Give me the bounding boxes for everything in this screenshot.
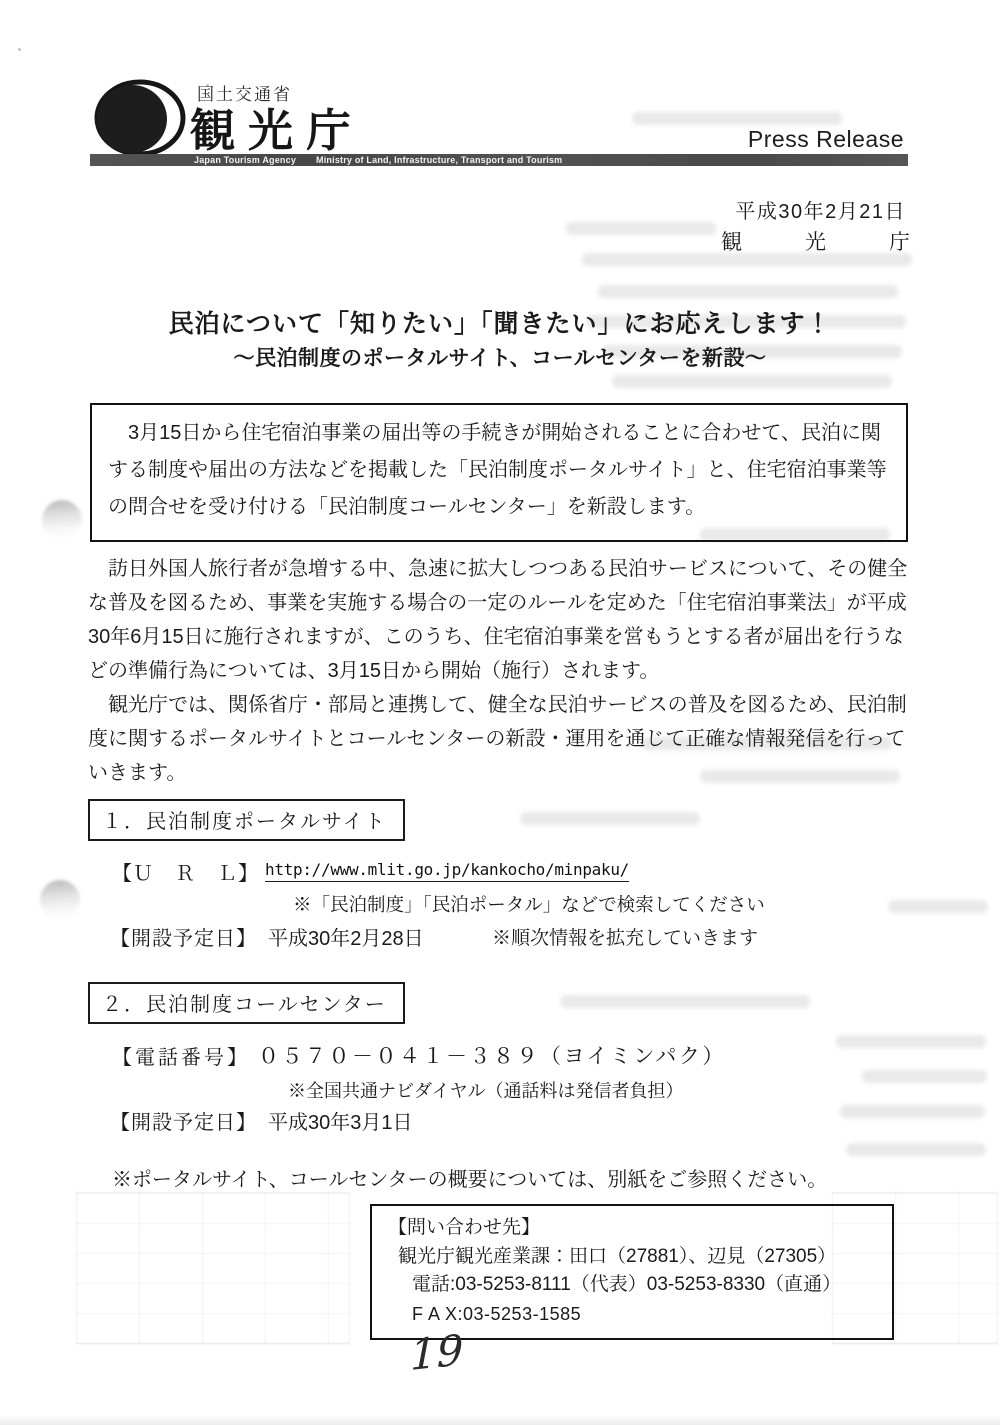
bleed-through-artifact [836,1035,986,1048]
scan-edge-smudge [0,1415,1000,1425]
body-text: 訪日外国人旅行者が急増する中、急速に拡大しつつある民泊サービスについて、その健全… [88,552,920,790]
phone-number-label: 【電話番号】 [112,1041,250,1070]
contact-heading: 【問い合わせ先】 [388,1214,876,1243]
contact-phone-line: 電話:03-5253-8111（代表）03-5253-8330（直通） [388,1271,876,1300]
punch-hole-shadow [40,880,80,920]
document-title: 民泊について「知りたい」「聞きたい」にお応えします！ [0,304,1000,340]
url-label: 【Ｕ Ｒ Ｌ】 [112,857,259,886]
portal-open-date-value: 平成30年2月28日 [268,922,424,951]
portal-open-date-note: ※順次情報を拡充していきます [492,923,758,950]
callcenter-open-date-value: 平成30年3月1日 [268,1106,413,1135]
agency-name-large: 観光庁 [190,94,364,159]
section2-heading-box: ２．民泊制度コールセンター [88,982,405,1024]
press-release-page: 国土交通省 観光庁 Press Release Japan Tourism Ag… [0,0,1000,1425]
summary-box: 3月15日から住宅宿泊事業の届出等の手続きが開始されることに合わせて、民泊に関す… [90,403,908,542]
release-date: 平成30年2月21日 [640,195,906,224]
body-paragraph-1: 訪日外国人旅行者が急増する中、急速に拡大しつつある民泊サービスについて、その健全… [88,552,920,688]
issuer-agency: 観光庁 [721,226,973,256]
reference-footnote: ※ポータルサイト、コールセンターの概要については、別紙をご参照ください。 [112,1163,827,1192]
callcenter-open-date-label: 【開設予定日】 [110,1106,257,1135]
phone-number-note: ※全国共通ナビダイヤル（通話料は発信者負担） [288,1077,683,1103]
document-subtitle: ～民泊制度のポータルサイト、コールセンターを新設～ [0,342,1000,372]
bleed-through-artifact [632,112,842,125]
bleed-through-artifact [560,995,810,1008]
bleed-through-artifact [846,1143,986,1156]
header-bar: Japan Tourism Agency Ministry of Land, I… [90,154,908,166]
section1-heading-box: １．民泊制度ポータルサイト [88,799,405,841]
handwritten-page-number: 19 [410,1325,463,1380]
bleed-through-artifact [598,285,898,298]
url-search-note: ※「民泊制度」「民泊ポータル」などで検索してください [293,891,765,917]
phone-number-value: ０５７０－０４１－３８９（ヨイミンパク） [258,1040,726,1070]
bleed-through-artifact [862,1070,987,1083]
header-bar-ministry-en: Ministry of Land, Infrastructure, Transp… [316,154,562,166]
scan-speck [18,48,21,51]
summary-text: 3月15日から住宅宿泊事業の届出等の手続きが開始されることに合わせて、民泊に関す… [108,415,890,526]
bleed-through-artifact [840,1105,985,1118]
jta-globe-icon [93,79,189,157]
contact-division-line: 観光庁観光産業課：田口（27881）、辺見（27305） [388,1243,876,1272]
press-release-label: Press Release [748,126,904,153]
bleed-through-artifact [888,900,988,913]
section2-heading: ２．民泊制度コールセンター [102,994,387,1016]
body-paragraph-2: 観光庁では、関係省庁・部局と連携して、健全な民泊サービスの普及を図るため、民泊制… [88,688,920,790]
bleed-through-artifact [612,375,892,388]
contact-fax-line: F A X:03-5253-1585 [388,1300,876,1329]
punch-hole-shadow [42,500,82,540]
portal-site-url-link[interactable]: http://www.mlit.go.jp/kankocho/minpaku/ [265,860,629,882]
bleed-through-table [76,1192,350,1344]
japan-tourism-agency-logo [93,79,189,162]
contact-box: 【問い合わせ先】 観光庁観光産業課：田口（27881）、辺見（27305） 電話… [370,1204,894,1340]
section1-heading: １．民泊制度ポータルサイト [102,811,387,833]
portal-open-date-label: 【開設予定日】 [110,922,257,951]
bleed-through-artifact [520,812,700,825]
header-bar-agency-en: Japan Tourism Agency [194,154,296,166]
